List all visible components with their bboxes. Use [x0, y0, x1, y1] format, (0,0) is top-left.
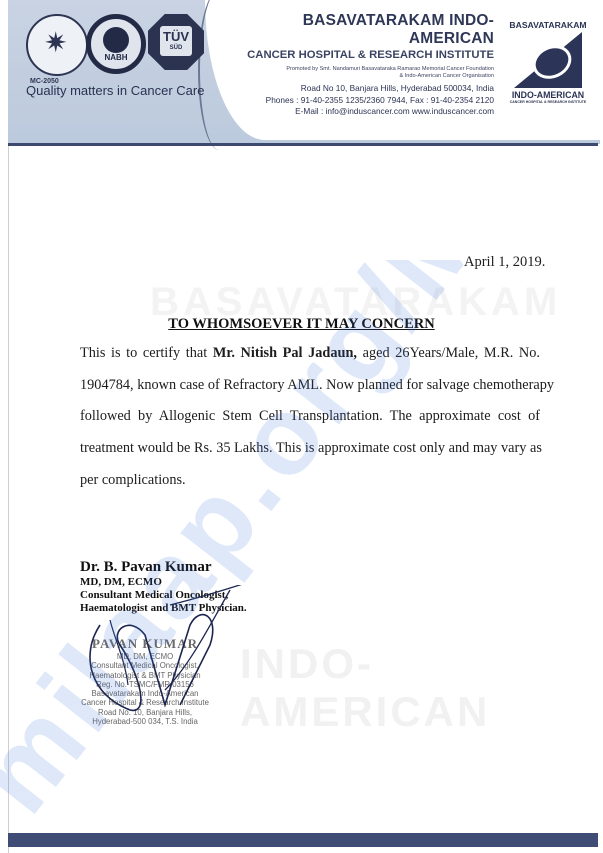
tuv-label: TÜV [160, 29, 192, 44]
promoted-by-line-2: & Indo-American Cancer Organisation [232, 73, 494, 80]
header-rule [8, 143, 598, 146]
body-line-5: per complications. [80, 472, 540, 489]
hospital-logo: BASAVATARAKAM INDO-AMERICAN CANCER HOSPI… [508, 20, 588, 115]
letter-date: April 1, 2019. [464, 254, 545, 271]
nabh-seal-icon: NABH [86, 14, 146, 74]
tuv-panel: TÜV SÜD [160, 26, 192, 56]
hands-logo-icon [514, 32, 582, 88]
hand-shape-icon [527, 39, 577, 85]
hospital-address: Road No 10, Banjara Hills, Hyderabad 500… [232, 83, 494, 95]
hospital-phones: Phones : 91-40-2355 1235/2360 7944, Fax … [232, 95, 494, 107]
footer-bar [8, 833, 598, 847]
hospital-contact: E-Mail : info@induscancer.com www.indusc… [232, 106, 494, 118]
hospital-subtitle: CANCER HOSPITAL & RESEARCH INSTITUTE [232, 48, 494, 62]
body-text: This is to certify that [80, 345, 213, 361]
patient-name: Mr. Nitish Pal Jadaun, [213, 345, 357, 361]
body-line-2: 1904784, known case of Refractory AML. N… [80, 377, 540, 394]
faded-background-logo-text-2: INDO-AMERICAN [240, 640, 603, 736]
logo-bottom-text: INDO-AMERICAN [508, 90, 588, 100]
hospital-letterhead: BASAVATARAKAM INDO-AMERICAN CANCER HOSPI… [232, 12, 494, 118]
tagline: Quality matters in Cancer Care [26, 83, 204, 98]
promoted-by-line: Promoted by Smt. Nandamuri Basavataraka … [232, 66, 494, 73]
logo-small-text: CANCER HOSPITAL & RESEARCH INSTITUTE [508, 100, 588, 104]
logo-top-text: BASAVATARAKAM [508, 20, 588, 30]
letter-heading: TO WHOMSOEVER IT MAY CONCERN [0, 316, 603, 333]
hospital-name: BASAVATARAKAM INDO-AMERICAN [232, 12, 494, 48]
signatory-name: Dr. B. Pavan Kumar [80, 559, 212, 576]
mc-accreditation-seal-icon [26, 14, 88, 76]
tuv-sud-seal-icon: TÜV SÜD [148, 14, 204, 70]
nabh-emblem-icon [103, 27, 129, 53]
nabh-label: NABH [91, 53, 141, 62]
body-line-4: treatment would be Rs. 35 Lakhs. This is… [80, 440, 540, 457]
accreditation-badges: MC-2050 NABH TÜV SÜD [22, 10, 202, 80]
body-line-3: followed by Allogenic Stem Cell Transpla… [80, 408, 540, 425]
sud-label: SÜD [160, 45, 192, 51]
body-text: aged 26Years/Male, M.R. No. [357, 345, 540, 361]
body-line-1: This is to certify that Mr. Nitish Pal J… [80, 345, 540, 362]
handwritten-signature-icon [70, 585, 290, 720]
